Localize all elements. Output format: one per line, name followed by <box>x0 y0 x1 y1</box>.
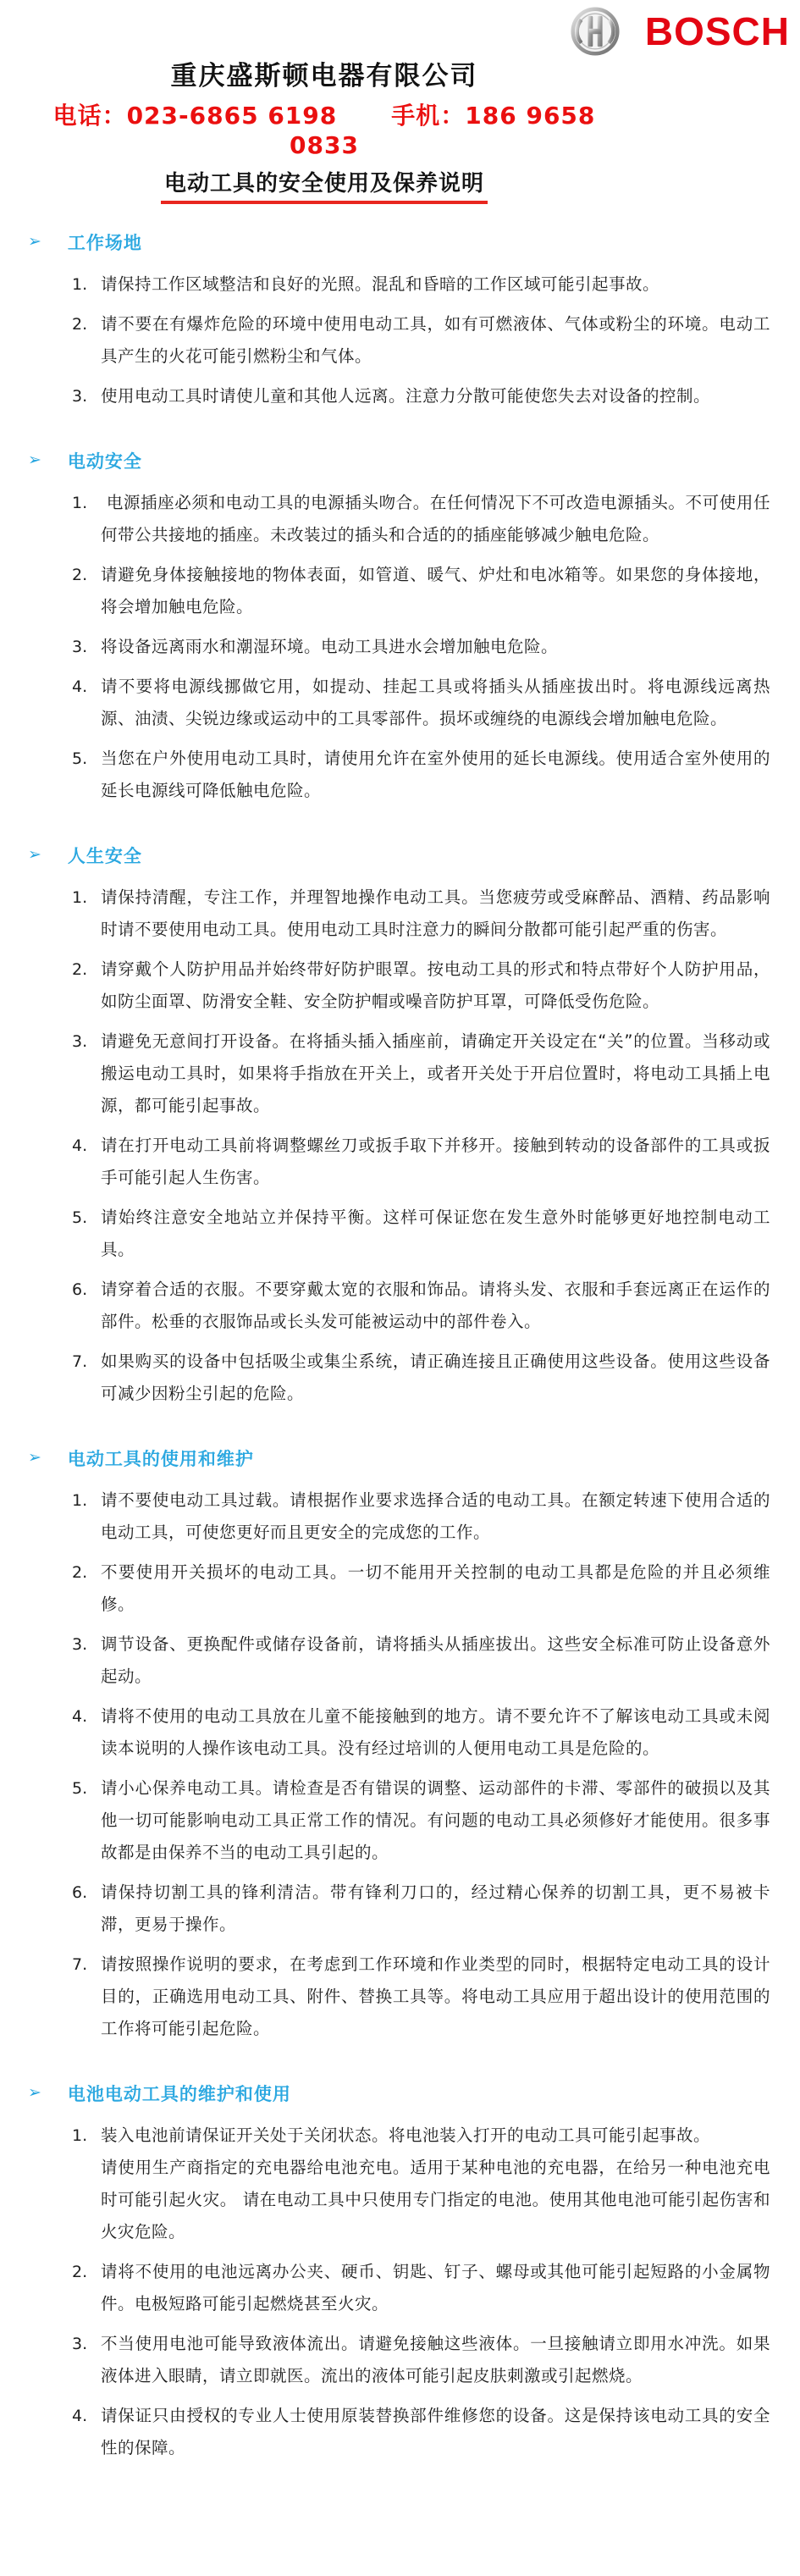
item-number: 1. <box>72 487 101 551</box>
item-number: 3. <box>72 1628 101 1693</box>
item-number: 3. <box>72 2328 101 2392</box>
bosch-emblem-icon <box>571 7 620 56</box>
list-item: 5.请始终注意安全地站立并保持平衡。这样可保证您在发生意外时能够更好地控制电动工… <box>72 1202 770 1266</box>
list-item: 3.不当使用电池可能导致液体流出。请避免接触这些液体。一旦接触请立即用水冲洗。如… <box>72 2328 770 2392</box>
section-item-list: 1. 电源插座必须和电动工具的电源插头吻合。在任何情况下不可改造电源插头。不可使… <box>28 487 770 807</box>
section-header: ➢ 人生安全 <box>28 843 770 868</box>
item-number: 6. <box>72 1877 101 1941</box>
brand-header: BOSCH <box>571 7 790 56</box>
item-text: 请保持工作区域整洁和良好的光照。混乱和昏暗的工作区域可能引起事故。 <box>101 268 770 301</box>
safety-section: ➢ 人生安全 1.请保持清醒，专注工作，并理智地操作电动工具。当您疲劳或受麻醉品… <box>28 843 770 1410</box>
section-title: 电动工具的使用和维护 <box>68 1446 254 1471</box>
section-header: ➢ 电动工具的使用和维护 <box>28 1446 770 1471</box>
item-number: 1. <box>72 2120 101 2248</box>
list-item: 3.将设备远离雨水和潮湿环境。电动工具进水会增加触电危险。 <box>72 631 770 663</box>
item-number: 1. <box>72 1484 101 1549</box>
item-text: 请保证只由授权的专业人士使用原装替换部件维修您的设备。这是保持该电动工具的安全性… <box>101 2400 770 2464</box>
bosch-wordmark: BOSCH <box>645 12 790 51</box>
list-item: 3.调节设备、更换配件或储存设备前，请将插头从插座拔出。这些安全标准可防止设备意… <box>72 1628 770 1693</box>
item-text: 使用电动工具时请使儿童和其他人远离。注意力分散可能使您失去对设备的控制。 <box>101 380 770 412</box>
list-item: 6.请保持切割工具的锋利清洁。带有锋利刀口的，经过精心保养的切割工具，更不易被卡… <box>72 1877 770 1941</box>
section-item-list: 1.请保持工作区域整洁和良好的光照。混乱和昏暗的工作区域可能引起事故。2.请不要… <box>28 268 770 412</box>
section-item-list: 1.请不要使电动工具过载。请根据作业要求选择合适的电动工具。在额定转速下使用合适… <box>28 1484 770 2045</box>
item-text: 如果购买的设备中包括吸尘或集尘系统，请正确连接且正确使用这些设备。使用这些设备可… <box>101 1346 770 1410</box>
item-text: 当您在户外使用电动工具时，请使用允许在室外使用的延长电源线。使用适合室外使用的延… <box>101 743 770 807</box>
list-item: 7.请按照操作说明的要求，在考虑到工作环境和作业类型的同时，根据特定电动工具的设… <box>72 1949 770 2045</box>
contact-line: 电话：023-6865 6198手机：186 9658 0833 <box>28 97 621 159</box>
item-number: 6. <box>72 1274 101 1338</box>
item-text: 请按照操作说明的要求，在考虑到工作环境和作业类型的同时，根据特定电动工具的设计目… <box>101 1949 770 2045</box>
list-item: 7.如果购买的设备中包括吸尘或集尘系统，请正确连接且正确使用这些设备。使用这些设… <box>72 1346 770 1410</box>
list-item: 1.请保持工作区域整洁和良好的光照。混乱和昏暗的工作区域可能引起事故。 <box>72 268 770 301</box>
item-text: 电源插座必须和电动工具的电源插头吻合。在任何情况下不可改造电源插头。不可使用任何… <box>101 487 770 551</box>
item-number: 4. <box>72 2400 101 2464</box>
list-item: 2.请穿戴个人防护用品并始终带好防护眼罩。按电动工具的形式和特点带好个人防护用品… <box>72 954 770 1018</box>
item-text: 请将不使用的电动工具放在儿童不能接触到的地方。请不要允许不了解该电动工具或未阅读… <box>101 1700 770 1765</box>
arrow-bullet-icon: ➢ <box>28 452 42 468</box>
item-number: 2. <box>72 308 101 373</box>
list-item: 2.请避免身体接触接地的物体表面，如管道、暖气、炉灶和电冰箱等。如果您的身体接地… <box>72 559 770 623</box>
item-text: 请不要将电源线挪做它用，如提动、挂起工具或将插头从插座拔出时。将电源线远离热源、… <box>101 671 770 735</box>
item-number: 2. <box>72 2256 101 2320</box>
list-item: 3.使用电动工具时请使儿童和其他人远离。注意力分散可能使您失去对设备的控制。 <box>72 380 770 412</box>
section-item-list: 1.装入电池前请保证开关处于关闭状态。将电池装入打开的电动工具可能引起事故。 请… <box>28 2120 770 2464</box>
item-number: 7. <box>72 1346 101 1410</box>
item-text: 不当使用电池可能导致液体流出。请避免接触这些液体。一旦接触请立即用水冲洗。如果液… <box>101 2328 770 2392</box>
item-number: 3. <box>72 380 101 412</box>
document-header: 重庆盛斯顿电器有限公司 电话：023-6865 6198手机：186 9658 … <box>28 54 621 204</box>
item-text: 请保持切割工具的锋利清洁。带有锋利刀口的，经过精心保养的切割工具，更不易被卡滞，… <box>101 1877 770 1941</box>
item-number: 2. <box>72 1556 101 1621</box>
item-text: 请不要使电动工具过载。请根据作业要求选择合适的电动工具。在额定转速下使用合适的电… <box>101 1484 770 1549</box>
item-number: 2. <box>72 559 101 623</box>
list-item: 5.请小心保养电动工具。请检查是否有错误的调整、运动部件的卡滞、零部件的破损以及… <box>72 1772 770 1869</box>
item-number: 2. <box>72 954 101 1018</box>
section-title: 电池电动工具的维护和使用 <box>68 2081 291 2106</box>
item-text: 请保持清醒，专注工作，并理智地操作电动工具。当您疲劳或受麻醉品、酒精、药品影响时… <box>101 882 770 946</box>
item-number: 1. <box>72 268 101 301</box>
list-item: 2.请将不使用的电池远离办公夹、硬币、钥匙、钉子、螺母或其他可能引起短路的小金属… <box>72 2256 770 2320</box>
item-number: 5. <box>72 1202 101 1266</box>
list-item: 5.当您在户外使用电动工具时，请使用允许在室外使用的延长电源线。使用适合室外使用… <box>72 743 770 807</box>
item-text: 请穿着合适的衣服。不要穿戴太宽的衣服和饰品。请将头发、衣服和手套远离正在运作的部… <box>101 1274 770 1338</box>
section-header: ➢ 工作场地 <box>28 229 770 255</box>
item-text: 请小心保养电动工具。请检查是否有错误的调整、运动部件的卡滞、零部件的破损以及其他… <box>101 1772 770 1869</box>
arrow-bullet-icon: ➢ <box>28 2085 42 2101</box>
arrow-bullet-icon: ➢ <box>28 1450 42 1466</box>
section-title: 电动安全 <box>68 448 142 473</box>
list-item: 6.请穿着合适的衣服。不要穿戴太宽的衣服和饰品。请将头发、衣服和手套远离正在运作… <box>72 1274 770 1338</box>
item-number: 7. <box>72 1949 101 2045</box>
item-text: 请避免无意间打开设备。在将插头插入插座前，请确定开关设定在“关”的位置。当移动或… <box>101 1025 770 1122</box>
item-number: 5. <box>72 743 101 807</box>
arrow-bullet-icon: ➢ <box>28 234 42 250</box>
section-item-list: 1.请保持清醒，专注工作，并理智地操作电动工具。当您疲劳或受麻醉品、酒精、药品影… <box>28 882 770 1410</box>
item-number: 4. <box>72 671 101 735</box>
list-item: 3.请避免无意间打开设备。在将插头插入插座前，请确定开关设定在“关”的位置。当移… <box>72 1025 770 1122</box>
phone-number: 电话：023-6865 6198 <box>53 102 338 130</box>
item-number: 3. <box>72 1025 101 1122</box>
safety-section: ➢ 电动工具的使用和维护 1.请不要使电动工具过载。请根据作业要求选择合适的电动… <box>28 1446 770 2045</box>
item-text: 请将不使用的电池远离办公夹、硬币、钥匙、钉子、螺母或其他可能引起短路的小金属物件… <box>101 2256 770 2320</box>
item-text: 不要使用开关损坏的电动工具。一切不能用开关控制的电动工具都是危险的并且必须维修。 <box>101 1556 770 1621</box>
item-number: 5. <box>72 1772 101 1869</box>
list-item: 2.不要使用开关损坏的电动工具。一切不能用开关控制的电动工具都是危险的并且必须维… <box>72 1556 770 1621</box>
list-item: 4.请不要将电源线挪做它用，如提动、挂起工具或将插头从插座拔出时。将电源线远离热… <box>72 671 770 735</box>
list-item: 1.请保持清醒，专注工作，并理智地操作电动工具。当您疲劳或受麻醉品、酒精、药品影… <box>72 882 770 946</box>
safety-section: ➢ 电池电动工具的维护和使用 1.装入电池前请保证开关处于关闭状态。将电池装入打… <box>28 2081 770 2464</box>
arrow-bullet-icon: ➢ <box>28 847 42 863</box>
item-number: 3. <box>72 631 101 663</box>
section-title: 工作场地 <box>68 229 142 255</box>
item-number: 1. <box>72 882 101 946</box>
list-item: 1.装入电池前请保证开关处于关闭状态。将电池装入打开的电动工具可能引起事故。 请… <box>72 2120 770 2248</box>
sections-container: ➢ 工作场地 1.请保持工作区域整洁和良好的光照。混乱和昏暗的工作区域可能引起事… <box>28 229 770 2464</box>
item-number: 4. <box>72 1130 101 1194</box>
item-text: 请避免身体接触接地的物体表面，如管道、暖气、炉灶和电冰箱等。如果您的身体接地，将… <box>101 559 770 623</box>
document-title: 电动工具的安全使用及保养说明 <box>161 166 488 204</box>
list-item: 4.请在打开电动工具前将调整螺丝刀或扳手取下并移开。接触到转动的设备部件的工具或… <box>72 1130 770 1194</box>
safety-section: ➢ 电动安全 1. 电源插座必须和电动工具的电源插头吻合。在任何情况下不可改造电… <box>28 448 770 807</box>
section-header: ➢ 电池电动工具的维护和使用 <box>28 2081 770 2106</box>
company-name: 重庆盛斯顿电器有限公司 <box>28 54 621 92</box>
list-item: 4.请将不使用的电动工具放在儿童不能接触到的地方。请不要允许不了解该电动工具或未… <box>72 1700 770 1765</box>
list-item: 1. 电源插座必须和电动工具的电源插头吻合。在任何情况下不可改造电源插头。不可使… <box>72 487 770 551</box>
section-header: ➢ 电动安全 <box>28 448 770 473</box>
list-item: 1.请不要使电动工具过载。请根据作业要求选择合适的电动工具。在额定转速下使用合适… <box>72 1484 770 1549</box>
item-text: 调节设备、更换配件或储存设备前，请将插头从插座拔出。这些安全标准可防止设备意外起… <box>101 1628 770 1693</box>
list-item: 4.请保证只由授权的专业人士使用原装替换部件维修您的设备。这是保持该电动工具的安… <box>72 2400 770 2464</box>
document-page: BOSCH 重庆盛斯顿电器有限公司 电话：023-6865 6198手机：186… <box>0 0 800 2576</box>
section-title: 人生安全 <box>68 843 142 868</box>
list-item: 2.请不要在有爆炸危险的环境中使用电动工具，如有可燃液体、气体或粉尘的环境。电动… <box>72 308 770 373</box>
item-text: 请在打开电动工具前将调整螺丝刀或扳手取下并移开。接触到转动的设备部件的工具或扳手… <box>101 1130 770 1194</box>
item-text: 请穿戴个人防护用品并始终带好防护眼罩。按电动工具的形式和特点带好个人防护用品，如… <box>101 954 770 1018</box>
item-text: 装入电池前请保证开关处于关闭状态。将电池装入打开的电动工具可能引起事故。 请使用… <box>101 2120 770 2248</box>
document-title-row: 电动工具的安全使用及保养说明 <box>28 166 621 204</box>
item-text: 请不要在有爆炸危险的环境中使用电动工具，如有可燃液体、气体或粉尘的环境。电动工具… <box>101 308 770 373</box>
item-number: 4. <box>72 1700 101 1765</box>
item-text: 请始终注意安全地站立并保持平衡。这样可保证您在发生意外时能够更好地控制电动工具。 <box>101 1202 770 1266</box>
item-text: 将设备远离雨水和潮湿环境。电动工具进水会增加触电危险。 <box>101 631 770 663</box>
safety-section: ➢ 工作场地 1.请保持工作区域整洁和良好的光照。混乱和昏暗的工作区域可能引起事… <box>28 229 770 412</box>
